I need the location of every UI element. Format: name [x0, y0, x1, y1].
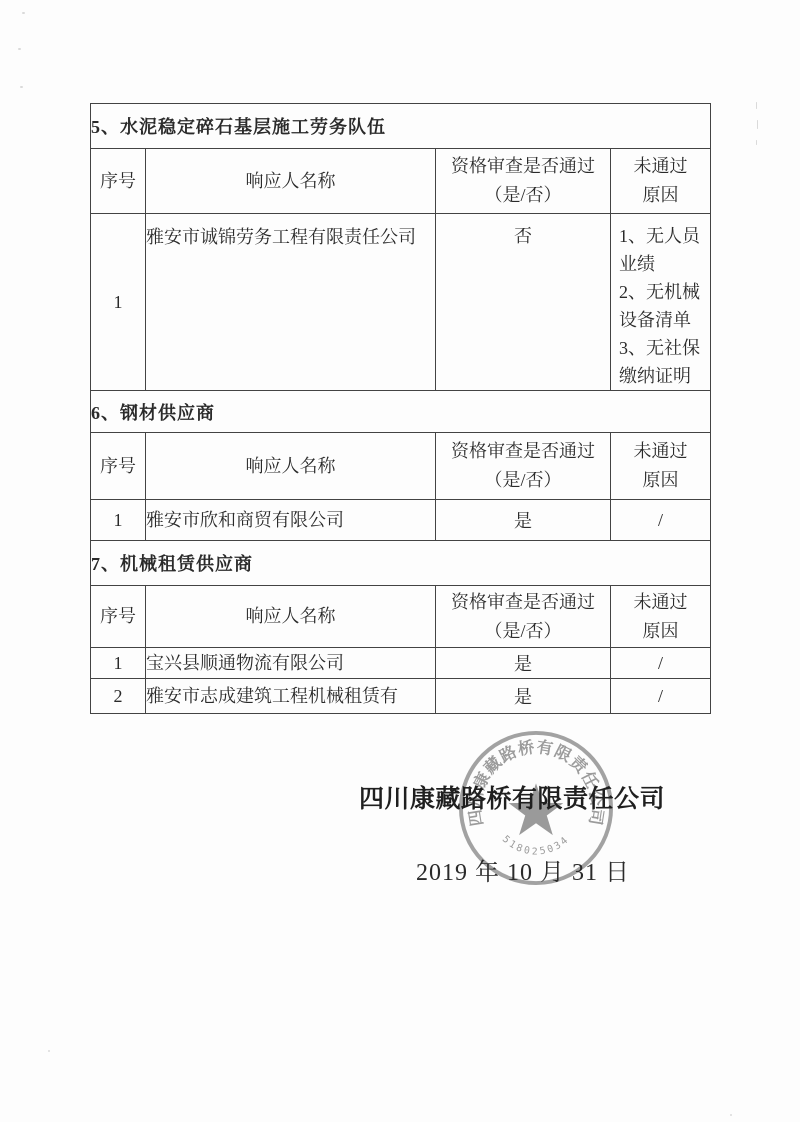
row-pass-flag: 是: [436, 679, 611, 714]
row-company-name: 宝兴县顺通物流有限公司: [146, 648, 436, 679]
row-company-name: 雅安市志成建筑工程机械租赁有: [146, 679, 436, 714]
row-company-name: 雅安市诚锦劳务工程有限责任公司: [146, 214, 436, 391]
scan-speck: [22, 12, 25, 14]
header-reason: 未通过 原因: [611, 586, 711, 648]
row-pass-flag: 是: [436, 648, 611, 679]
section-7-title: 7、机械租赁供应商: [91, 541, 711, 586]
signing-date: 2019 年 10 月 31 日: [416, 852, 630, 887]
header-name: 响应人名称: [146, 433, 436, 500]
header-no: 序号: [91, 433, 146, 500]
table-row: 1 雅安市诚锦劳务工程有限责任公司 否 1、无人员业绩 2、无机械设备清单 3、…: [91, 214, 711, 391]
header-no: 序号: [91, 586, 146, 648]
header-pass: 资格审查是否通过 （是/否）: [436, 586, 611, 648]
header-reason: 未通过 原因: [611, 149, 711, 214]
section-5-header-row: 序号 响应人名称 资格审查是否通过 （是/否） 未通过 原因: [91, 149, 711, 214]
header-name: 响应人名称: [146, 586, 436, 648]
row-pass-flag: 是: [436, 500, 611, 541]
header-pass: 资格审查是否通过 （是/否）: [436, 433, 611, 500]
row-no: 1: [91, 648, 146, 679]
header-reason: 未通过 原因: [611, 433, 711, 500]
scanned-document-page: 5、水泥稳定碎石基层施工劳务队伍 序号 响应人名称 资格审查是否通过 （是/否）…: [0, 0, 800, 1122]
row-company-name: 雅安市欣和商贸有限公司: [146, 500, 436, 541]
row-fail-reason: 1、无人员业绩 2、无机械设备清单 3、无社保缴纳证明: [611, 214, 711, 391]
section-7-header-row: 序号 响应人名称 资格审查是否通过 （是/否） 未通过 原因: [91, 586, 711, 648]
section-6-title: 6、钢材供应商: [91, 391, 711, 433]
table-row: 1 宝兴县顺通物流有限公司 是 /: [91, 648, 711, 679]
row-pass-flag: 否: [436, 214, 611, 391]
signing-company-name: 四川康藏路桥有限责任公司: [359, 779, 665, 815]
table-row: 2 雅安市志成建筑工程机械租赁有 是 /: [91, 679, 711, 714]
section-5-title-row: 5、水泥稳定碎石基层施工劳务队伍: [91, 104, 711, 149]
section-6-title-row: 6、钢材供应商: [91, 391, 711, 433]
row-fail-reason: /: [611, 679, 711, 714]
header-name: 响应人名称: [146, 149, 436, 214]
row-no: 2: [91, 679, 146, 714]
qualification-review-table: 5、水泥稳定碎石基层施工劳务队伍 序号 响应人名称 资格审查是否通过 （是/否）…: [90, 103, 711, 714]
scan-speck: [756, 140, 757, 145]
section-5-title: 5、水泥稳定碎石基层施工劳务队伍: [91, 104, 711, 149]
scan-speck: [48, 1050, 50, 1052]
scan-speck: [757, 120, 758, 129]
header-pass: 资格审查是否通过 （是/否）: [436, 149, 611, 214]
scan-speck: [18, 48, 21, 50]
scan-speck: [20, 86, 23, 88]
header-no: 序号: [91, 149, 146, 214]
scan-speck: [730, 1114, 732, 1116]
section-7-title-row: 7、机械租赁供应商: [91, 541, 711, 586]
row-no: 1: [91, 500, 146, 541]
row-no: 1: [91, 214, 146, 391]
row-fail-reason: /: [611, 500, 711, 541]
scan-speck: [756, 102, 757, 109]
table-row: 1 雅安市欣和商贸有限公司 是 /: [91, 500, 711, 541]
row-fail-reason: /: [611, 648, 711, 679]
section-6-header-row: 序号 响应人名称 资格审查是否通过 （是/否） 未通过 原因: [91, 433, 711, 500]
